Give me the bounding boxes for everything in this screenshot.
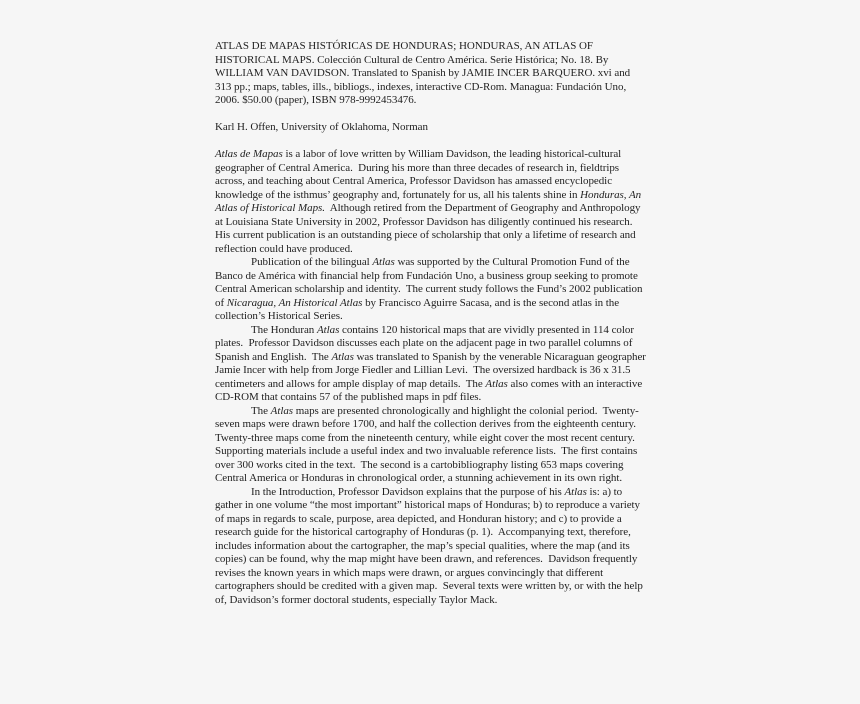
text-run: The [251, 405, 271, 417]
text-run: is: a) to gather in one volume “the most… [215, 486, 646, 606]
italic-title-run: Nicaragua, An Historical Atlas [227, 297, 363, 309]
italic-title-run: Atlas [331, 351, 353, 363]
italic-title-run: Atlas [372, 256, 394, 268]
document-page: ATLAS DE MAPAS HISTÓRICAS DE HONDURAS; H… [215, 40, 649, 607]
review-paragraph: The Atlas maps are presented chronologic… [215, 405, 649, 486]
review-paragraph: The Honduran Atlas contains 120 historic… [215, 324, 649, 405]
italic-title-run: Atlas [564, 486, 586, 498]
text-run: Publication of the bilingual [251, 256, 372, 268]
text-run: The Honduran [251, 324, 317, 336]
italic-title-run: Atlas [485, 378, 507, 390]
review-paragraph: In the Introduction, Professor Davidson … [215, 486, 649, 608]
reviewer-byline: Karl H. Offen, University of Oklahoma, N… [215, 121, 649, 135]
text-run: In the Introduction, Professor Davidson … [251, 486, 564, 498]
book-citation: ATLAS DE MAPAS HISTÓRICAS DE HONDURAS; H… [215, 40, 649, 108]
review-paragraph: Atlas de Mapas is a labor of love writte… [215, 148, 649, 256]
review-paragraph: Publication of the bilingual Atlas was s… [215, 256, 649, 324]
italic-title-run: Atlas [317, 324, 339, 336]
italic-title-run: Atlas [271, 405, 293, 417]
review-body: Atlas de Mapas is a labor of love writte… [215, 148, 649, 607]
italic-title-run: Atlas de Mapas [215, 148, 283, 160]
